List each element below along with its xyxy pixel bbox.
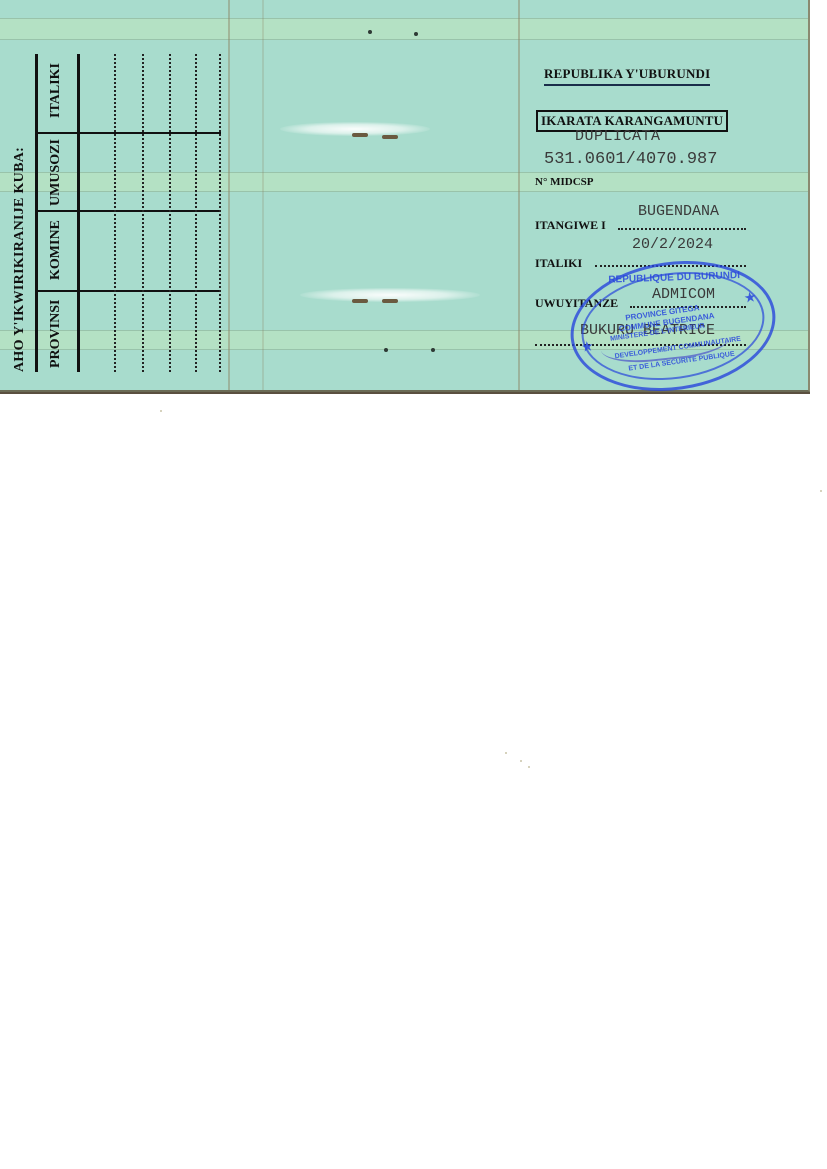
table-row: [114, 54, 116, 372]
residence-title: AHO Y'IKWIRIKIRANIJE KUBA:: [12, 52, 28, 372]
table-rule: [77, 54, 80, 372]
star-icon: ★: [743, 289, 758, 308]
staple-hole: [414, 32, 418, 36]
staple: [352, 133, 368, 137]
number-label: N° MIDCSP: [535, 176, 593, 188]
republic-heading: REPUBLIKA Y'UBURUNDI: [544, 66, 710, 86]
table-row: [219, 54, 221, 372]
column-header: KOMINE: [48, 220, 64, 280]
star-icon: ★: [580, 338, 595, 357]
table-rule: [35, 54, 38, 372]
date-label: ITALIKI: [535, 256, 582, 271]
scan-speck: [505, 752, 507, 754]
column-header: ITALIKI: [48, 63, 64, 118]
scan-speck: [528, 766, 530, 768]
column-divider: [35, 132, 221, 134]
residence-panel: AHO Y'IKWIRIKIRANIJE KUBA: PROVINSI KOMI…: [0, 0, 230, 390]
table-row: [142, 54, 144, 372]
issued-at-value: BUGENDANA: [638, 203, 719, 220]
card-number: 531.0601/4070.987: [544, 150, 717, 169]
table-row: [169, 54, 171, 372]
scan-speck: [820, 490, 822, 492]
date-value: 20/2/2024: [632, 236, 713, 253]
staple-hole: [431, 348, 435, 352]
column-divider: [35, 210, 221, 212]
scan-speck: [160, 410, 162, 412]
table-row: [195, 54, 197, 372]
blank-panel: [230, 0, 520, 390]
dotted-line: [618, 228, 746, 230]
staple: [382, 299, 398, 303]
staple-hole: [368, 30, 372, 34]
column-header: PROVINSI: [48, 300, 64, 368]
staple-hole: [384, 348, 388, 352]
scan-speck: [520, 760, 522, 762]
id-card: AHO Y'IKWIRIKIRANIJE KUBA: PROVINSI KOMI…: [0, 0, 810, 392]
duplicata-mark: DUPLICATA: [575, 128, 661, 145]
column-header: UMUSOZI: [48, 139, 64, 206]
residence-table: AHO Y'IKWIRIKIRANIJE KUBA: PROVINSI KOMI…: [10, 52, 225, 372]
issued-at-label: ITANGIWE I: [535, 218, 606, 233]
staple: [382, 135, 398, 139]
column-divider: [35, 290, 221, 292]
staple: [352, 299, 368, 303]
